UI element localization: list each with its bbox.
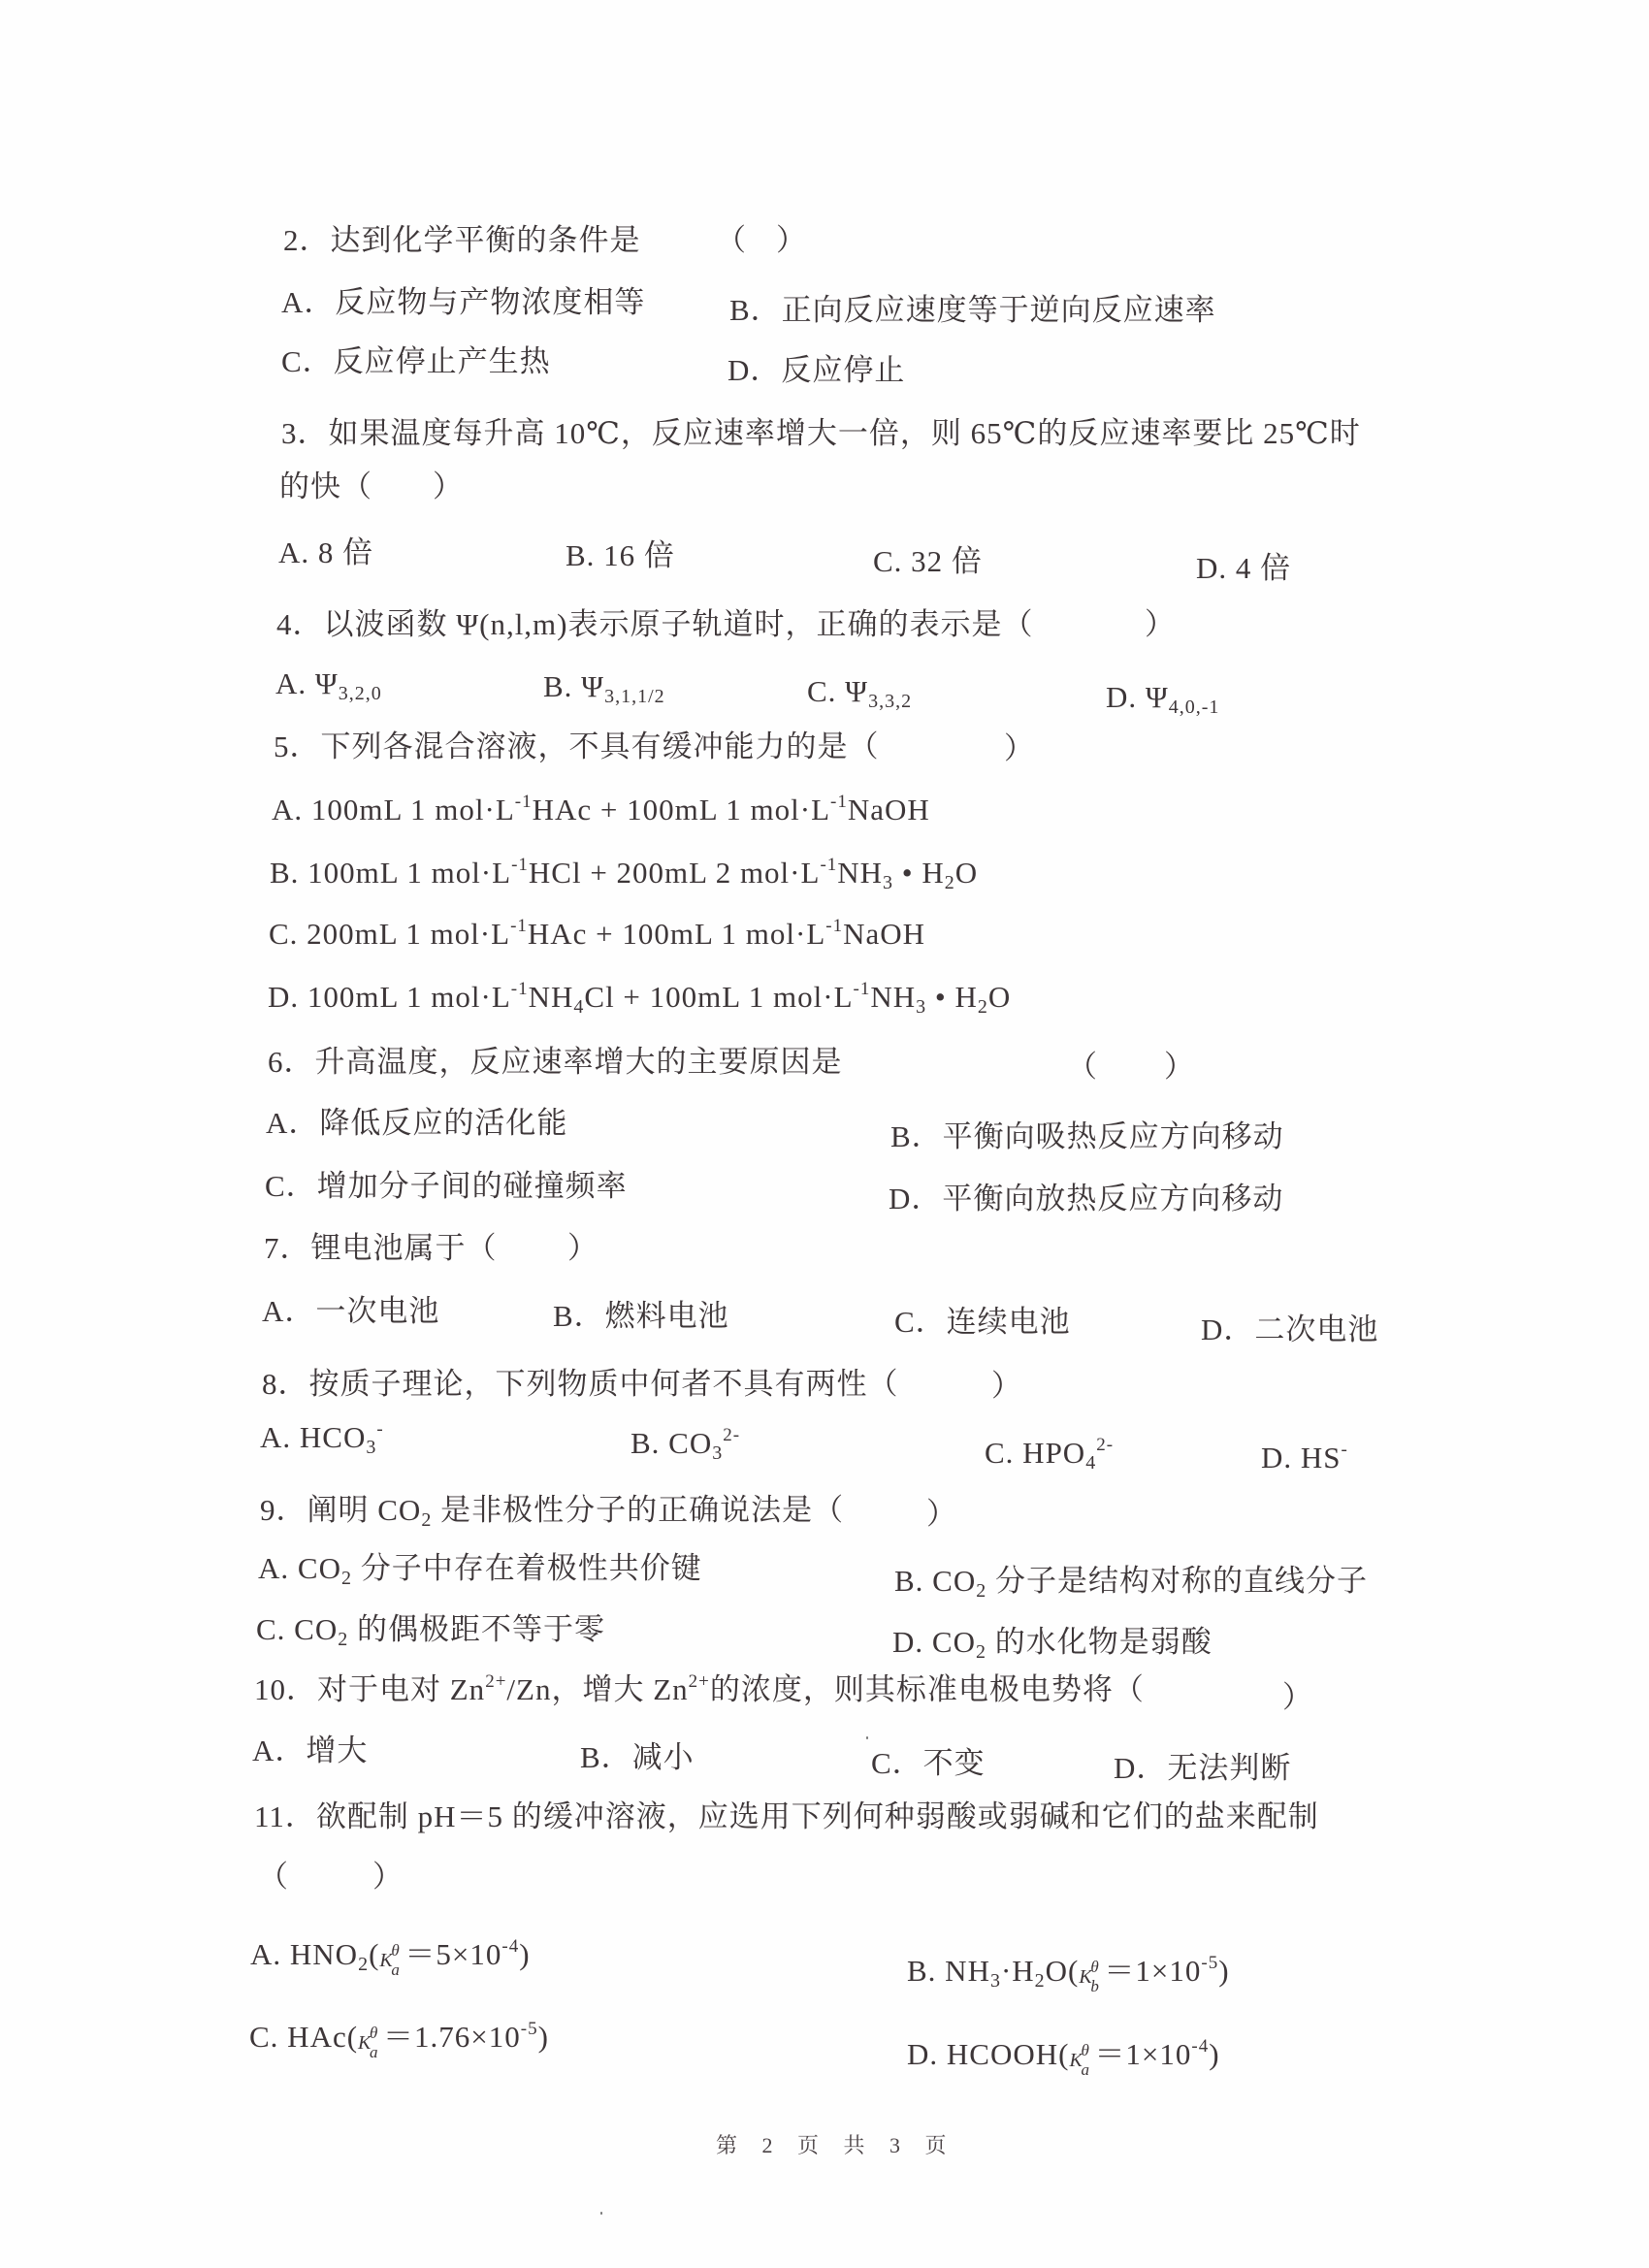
answer-blank-close: ） [776,221,806,260]
question-7-option-c: C．连续电池 [894,1303,1071,1342]
question-10-option-a: A．增大 [252,1732,368,1770]
question-8-option-c: C. HPO42- [985,1434,1114,1473]
question-4-option-c: C. Ψ3,3,2 [807,672,912,711]
question-7-option-d: D．二次电池 [1201,1311,1378,1349]
question-11-stem: 11．欲配制 pH＝5 的缓冲溶液，应选用下列何种弱酸或弱碱和它们的盐来配制 [254,1798,1319,1836]
question-3-stem-continued: 的快（ [279,468,372,506]
question-2-stem: 2．达到化学平衡的条件是 [283,221,641,260]
question-4-stem: 4．以波函数 Ψ(n,l,m)表示原子轨道时，正确的表示是（ [276,605,1034,644]
answer-blank-close: ） [1145,605,1175,644]
question-7-option-a: A．一次电池 [262,1292,439,1331]
exam-page: 2．达到化学平衡的条件是 （ ） A．反应物与产物浓度相等 B．正向反应速度等于… [0,0,1649,2268]
question-7-stem: 7．锂电池属于（ [264,1229,498,1268]
scan-speck [600,2212,602,2215]
question-9-option-d: D. CO2 的水化物是弱酸 [892,1623,1212,1662]
question-10-option-c: C．不变 [871,1744,986,1783]
question-10-stem: 10．对于电对 Zn2+/Zn，增大 Zn2+的浓度，则其标准电极电势将（ [254,1670,1145,1709]
question-3-option-d: D. 4 倍 [1196,549,1291,588]
question-4-option-b: B. Ψ3,1,1/2 [543,667,665,706]
question-5-stem: 5．下列各混合溶液，不具有缓冲能力的是（ [274,728,880,766]
question-3-option-c: C. 32 倍 [873,542,983,581]
answer-blank-open: （ [1067,1048,1097,1086]
answer-blank-close: ） [567,1229,598,1268]
question-6-option-b: B．平衡向吸热反应方向移动 [890,1118,1284,1156]
page-number-footer: 第 2 页 共 3 页 [716,2131,956,2160]
answer-blank-close: ） [991,1367,1021,1406]
scan-speck [866,1736,868,1739]
question-9-option-a: A. CO2 分子中存在着极性共价键 [258,1549,702,1588]
question-5-option-b: B. 100mL 1 mol·L-1HCl + 200mL 2 mol·L-1N… [270,854,978,892]
answer-blank-close: ） [926,1495,956,1534]
question-9-option-c: C. CO2 的偶极距不等于零 [256,1610,605,1649]
question-5-option-d: D. 100mL 1 mol·L-1NH4Cl + 100mL 1 mol·L-… [268,978,1011,1017]
question-11-option-a: A. HNO2(Kθa＝5×10-4) [250,1935,531,1974]
answer-blank-close: ） [433,468,463,506]
question-3-option-a: A. 8 倍 [278,534,373,572]
question-4-option-a: A. Ψ3,2,0 [275,664,382,703]
question-2-option-a: A．反应物与产物浓度相等 [281,283,645,322]
question-8-option-d: D. HS- [1261,1439,1348,1477]
question-5-option-c: C. 200mL 1 mol·L-1HAc + 100mL 1 mol·L-1N… [269,915,925,954]
question-11-option-d: D. HCOOH(Kθa＝1×10-4) [907,2035,1220,2074]
question-8-option-b: B. CO32- [630,1424,740,1463]
question-6-stem: 6．升高温度，反应速率增大的主要原因是 [268,1043,843,1082]
question-6-option-c: C．增加分子间的碰撞频率 [265,1167,628,1206]
answer-blank-close: ） [1164,1048,1194,1086]
question-8-option-a: A. HCO3- [260,1418,384,1457]
question-9-option-b: B. CO2 分子是结构对称的直线分子 [894,1562,1368,1601]
question-3-stem: 3．如果温度每升高 10℃，反应速率增大一倍，则 65℃的反应速率要比 25℃时 [281,414,1361,453]
answer-blank-open: （ [716,221,746,260]
question-6-option-d: D．平衡向放热反应方向移动 [889,1180,1283,1218]
question-3-option-b: B. 16 倍 [566,536,675,575]
question-2-option-b: B．正向反应速度等于逆向反应速率 [729,291,1216,330]
question-4-option-d: D. Ψ4,0,-1 [1106,678,1219,717]
answer-blank-open: （ [258,1858,288,1896]
question-9-stem: 9．阐明 CO2 是非极性分子的正确说法是（ [260,1491,844,1530]
question-10-option-b: B．减小 [580,1738,695,1777]
question-2-option-d: D．反应停止 [727,351,905,390]
question-6-option-a: A．降低反应的活化能 [266,1104,567,1143]
question-11-option-c: C. HAc(Kθa＝1.76×10-5) [249,2018,549,2057]
question-2-option-c: C．反应停止产生热 [281,342,551,381]
answer-blank-close: ） [372,1858,403,1896]
question-5-option-a: A. 100mL 1 mol·L-1HAc + 100mL 1 mol·L-1N… [272,791,930,829]
question-8-stem: 8．按质子理论，下列物质中何者不具有两性（ [262,1365,899,1404]
answer-blank-close: ） [1004,729,1034,768]
question-11-option-b: B. NH3·H2O(Kθb＝1×10-5) [907,1952,1230,1991]
question-10-option-d: D．无法判断 [1114,1749,1291,1788]
question-7-option-b: B．燃料电池 [553,1297,729,1336]
answer-blank-close: ） [1282,1678,1312,1717]
